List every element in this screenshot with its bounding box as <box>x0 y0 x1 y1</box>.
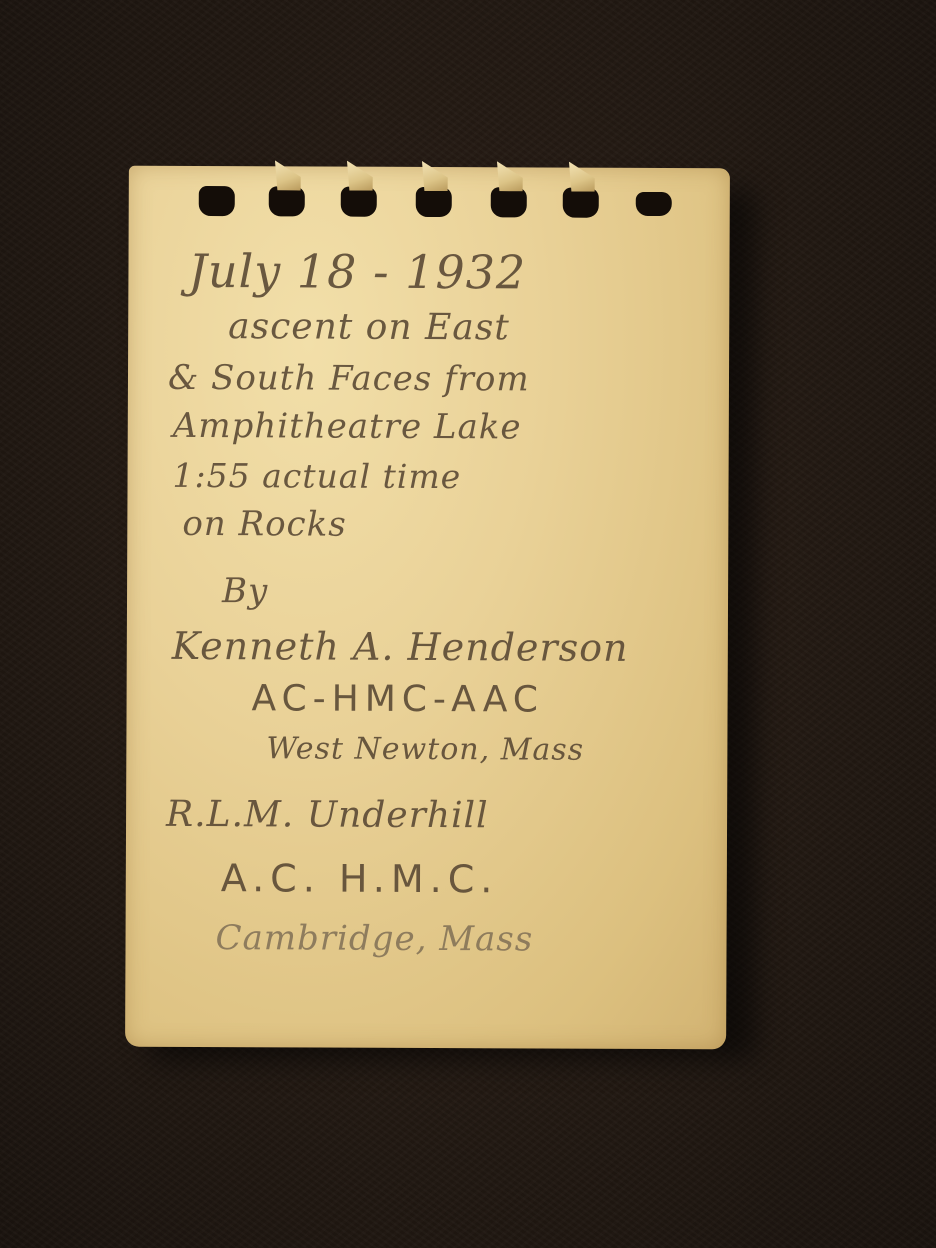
notepad-page: July 18 - 1932 ascent on East & South Fa… <box>125 166 730 1050</box>
note-line: 1:55 actual time <box>172 456 461 496</box>
note-line: & South Faces from <box>168 358 530 400</box>
climber-name: Kenneth A. Henderson <box>172 624 629 670</box>
note-line: Amphitheatre Lake <box>173 406 522 448</box>
climber-hometown: Cambridge, Mass <box>215 918 533 959</box>
note-date: July 18 - 1932 <box>188 244 526 299</box>
note-line: By <box>222 571 268 611</box>
climber-name: R.L.M. Underhill <box>166 794 489 836</box>
climber-hometown: West Newton, Mass <box>266 731 584 767</box>
handwritten-note: July 18 - 1932 ascent on East & South Fa… <box>125 166 730 1050</box>
note-line: ascent on East <box>228 306 510 348</box>
club-affiliations: A.C. H.M.C. <box>221 856 499 901</box>
note-line: on Rocks <box>182 504 347 545</box>
club-affiliations: AC-HMC-AAC <box>252 678 545 720</box>
